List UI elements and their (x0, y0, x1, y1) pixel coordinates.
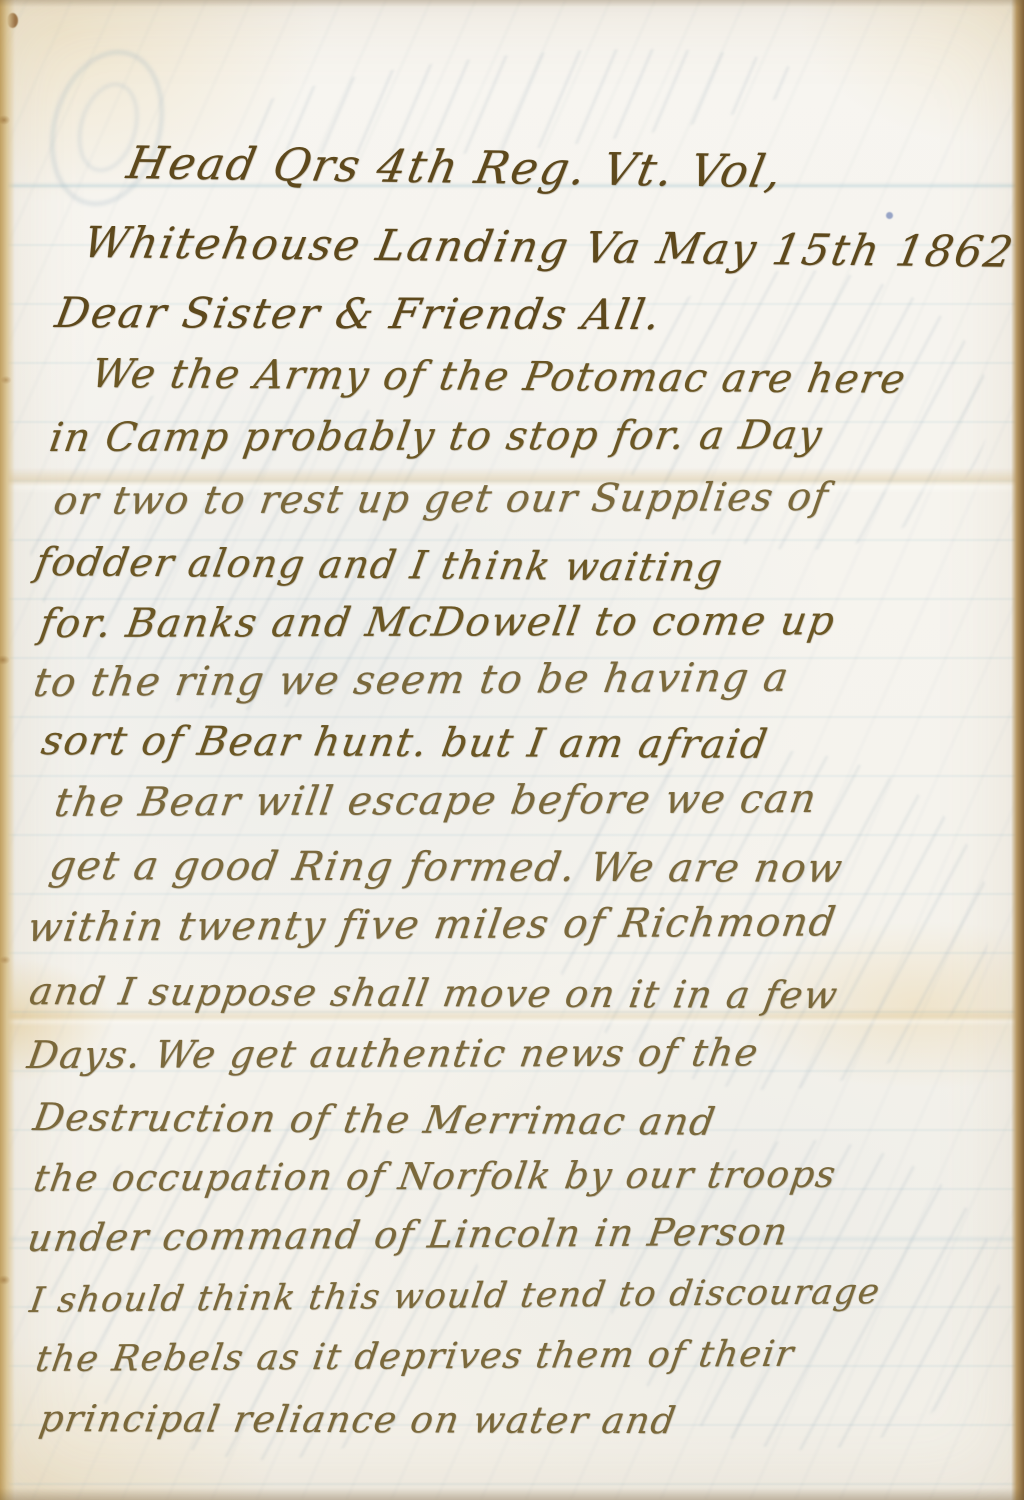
letter-body-line: or two to rest up get our Supplies of (51, 478, 832, 521)
dateline: Whitehouse Landing Va May 15th 1862 (80, 222, 1018, 275)
letter-body-line: sort of Bear hunt. but I am afraid (39, 721, 771, 765)
letter-body-line: Destruction of the Merrimac and (31, 1098, 719, 1141)
letter-body-line: the Bear will escape before we can (52, 779, 820, 823)
page-top-edge (0, 0, 1024, 7)
letter-body-line: I should think this would tend to discou… (27, 1275, 882, 1319)
letter-body-line: for. Banks and McDowell to come up (37, 601, 838, 644)
page-right-edge (1011, 0, 1024, 1500)
letter-body-line: the Rebels as it deprives them of their (33, 1337, 797, 1378)
regiment-heading: Head Qrs 4th Reg. Vt. Vol, (124, 140, 787, 194)
letter-body-line: Days. We get authentic news of the (25, 1033, 762, 1074)
page-left-edge (0, 0, 15, 1500)
letter-body-line: within twenty five miles of Richmond (25, 902, 839, 948)
letter-body-line: get a good Ring formed. We are now (47, 846, 847, 889)
letter-body-line: the occupation of Norfolk by our troops (31, 1156, 839, 1197)
ink-dot (886, 212, 893, 219)
letter-body-line: We the Army of the Potomac are here (89, 354, 910, 400)
letter-body-line: fodder along and I think waiting (33, 543, 726, 588)
letter-body-line: under command of Lincoln in Person (25, 1212, 791, 1257)
letter-body-line: to the ring we seem to be having a (31, 658, 792, 703)
letter-body-line: principal reliance on water and (37, 1400, 679, 1439)
page-bottom-edge (0, 1488, 1024, 1500)
letter-scan-page: Head Qrs 4th Reg. Vt. Vol, Whitehouse La… (0, 0, 1024, 1500)
letter-body-line: and I suppose shall move on it in a few (27, 972, 841, 1014)
letter-body-line: in Camp probably to stop for. a Day (47, 415, 826, 458)
salutation: Dear Sister & Friends All. (52, 292, 665, 336)
